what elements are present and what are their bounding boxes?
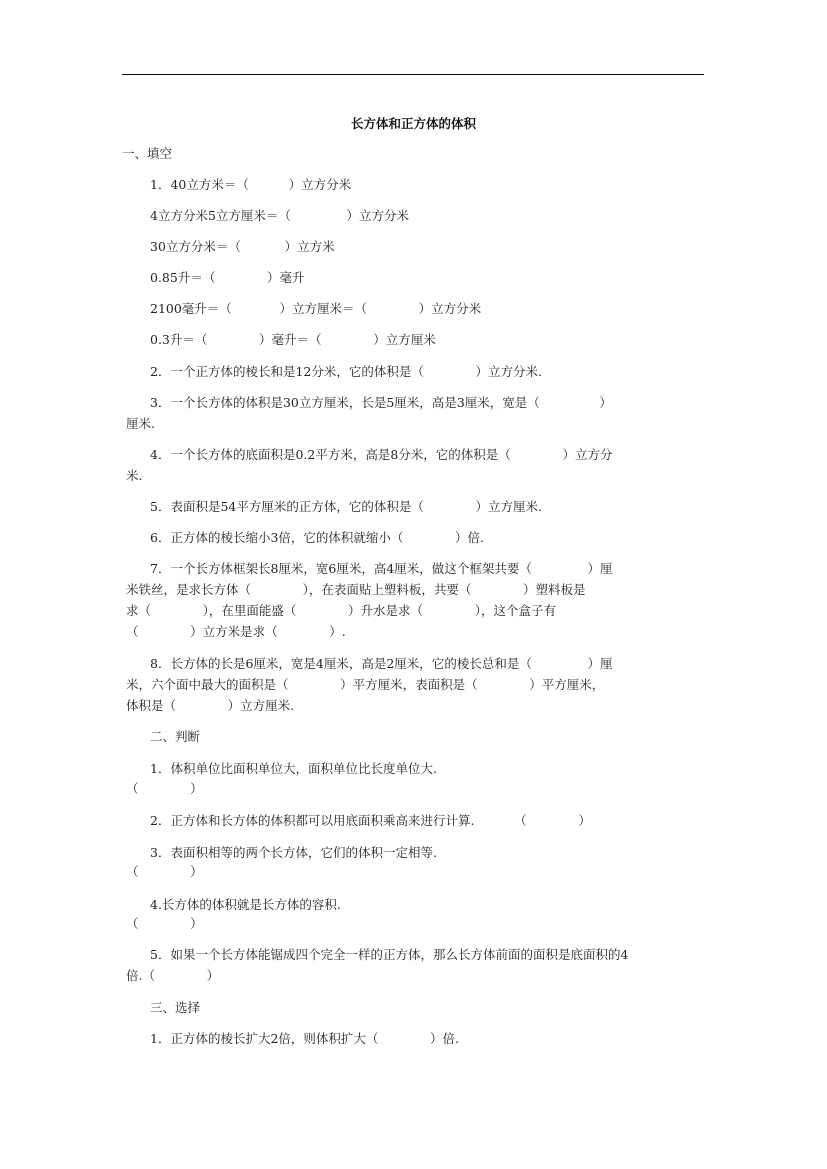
question-line: 2．一个正方体的棱长和是12分米，它的体积是（ ）立方分米. — [150, 364, 542, 380]
question-line: 1．体积单位比面积单位大，面积单位比长度单位大. — [150, 761, 437, 777]
question-line: （ ）立方米是求（ ）. — [126, 624, 346, 640]
question-line: 倍.（ ） — [126, 968, 219, 984]
page-title: 长方体和正方体的体积 — [0, 114, 827, 132]
answer-blank: （ ） — [126, 781, 203, 797]
question-line: 4．一个长方体的底面积是0.2平方米，高是8分米，它的体积是（ ）立方分 — [150, 447, 612, 463]
question-line: 6．正方体的棱长缩小3倍，它的体积就缩小（ ）倍. — [150, 530, 484, 546]
question-line: 7．一个长方体框架长8厘米，宽6厘米，高4厘米，做这个框架共要（ ）厘 — [150, 561, 612, 577]
section-heading-fill-in: 一、填空 — [122, 146, 172, 162]
question-line: 3．一个长方体的体积是30立方厘米，长是5厘米，高是3厘米，宽是（ ） — [150, 395, 612, 411]
section-heading-judge: 二、判断 — [150, 729, 200, 745]
question-line: 1．正方体的棱长扩大2倍，则体积扩大（ ）倍. — [150, 1031, 459, 1047]
question-line: 体积是（ ）立方厘米. — [126, 698, 294, 714]
header-rule — [122, 74, 704, 75]
question-line: 求（ ），在里面能盛（ ）升水是求（ ），这个盒子有 — [126, 603, 556, 619]
question-line: 5．表面积是54平方厘米的正方体，它的体积是（ ）立方厘米. — [150, 499, 542, 515]
section-heading-choice: 三、选择 — [150, 1000, 200, 1016]
question-line: 30立方分米＝（ ）立方米 — [150, 239, 335, 255]
question-line: 2100毫升＝（ ）立方厘米＝（ ）立方分米 — [150, 301, 481, 317]
question-line: 4.长方体的体积就是长方体的容积. — [150, 897, 341, 913]
question-line: 5．如果一个长方体能锯成四个完全一样的正方体，那么长方体前面的面积是底面积的4 — [150, 947, 628, 963]
question-line: 8．长方体的长是6厘米，宽是4厘米，高是2厘米，它的棱长总和是（ ）厘 — [150, 656, 612, 672]
question-line: 米，六个面中最大的面积是（ ）平方厘米，表面积是（ ）平方厘米， — [126, 677, 604, 693]
question-line: 4立方分米5立方厘米＝（ ）立方分米 — [150, 208, 409, 224]
question-line: 1．40立方米＝（ ）立方分米 — [150, 177, 351, 193]
question-line: 0.85升＝（ ）毫升 — [150, 270, 305, 286]
question-line: 米铁丝，是求长方体（ ），在表面贴上塑料板，共要（ ）塑料板是 — [126, 582, 586, 598]
question-line: 米. — [126, 468, 142, 484]
question-line: 3．表面积相等的两个长方体，它们的体积一定相等. — [150, 845, 437, 861]
question-line: 0.3升＝（ ）毫升＝（ ）立方厘米 — [150, 332, 436, 348]
answer-blank: （ ） — [126, 864, 203, 880]
question-line: 2．正方体和长方体的体积都可以用底面积乘高来进行计算. （ ） — [150, 813, 591, 829]
question-line: 厘米. — [126, 416, 155, 432]
answer-blank: （ ） — [126, 916, 203, 932]
